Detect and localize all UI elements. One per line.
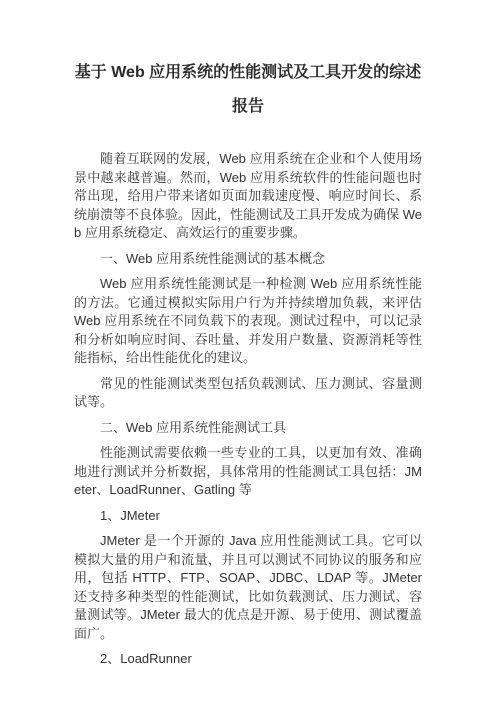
paragraph-intro: 随着互联网的发展，Web 应用系统在企业和个人使用场景中越来越普遍。然而，Web… xyxy=(74,150,422,243)
heading-section-2: 二、Web 应用系统性能测试工具 xyxy=(74,419,422,438)
paragraph-tools-intro: 性能测试需要依赖一些专业的工具，以更加有效、准确地进行测试并分析数据，具体常用的… xyxy=(74,444,422,500)
heading-section-1: 一、Web 应用系统性能测试的基本概念 xyxy=(74,250,422,269)
heading-tool-jmeter: 1、JMeter xyxy=(74,507,422,526)
paragraph-test-types: 常见的性能测试类型包括负载测试、压力测试、容量测试等。 xyxy=(74,375,422,412)
document-page: 基于 Web 应用系统的性能测试及工具开发的综述报告 随着互联网的发展，Web … xyxy=(0,0,500,707)
heading-tool-loadrunner: 2、LoadRunner xyxy=(74,650,422,669)
paragraph-jmeter-description: JMeter 是一个开源的 Java 应用性能测试工具。它可以模拟大量的用户和流… xyxy=(74,532,422,643)
paragraph-performance-test-concept: Web 应用系统性能测试是一种检测 Web 应用系统性能的方法。它通过模拟实际用… xyxy=(74,275,422,368)
document-title: 基于 Web 应用系统的性能测试及工具开发的综述报告 xyxy=(67,56,429,124)
document-background: { "document": { "title": "基于 Web 应用系统的性能… xyxy=(0,0,500,707)
